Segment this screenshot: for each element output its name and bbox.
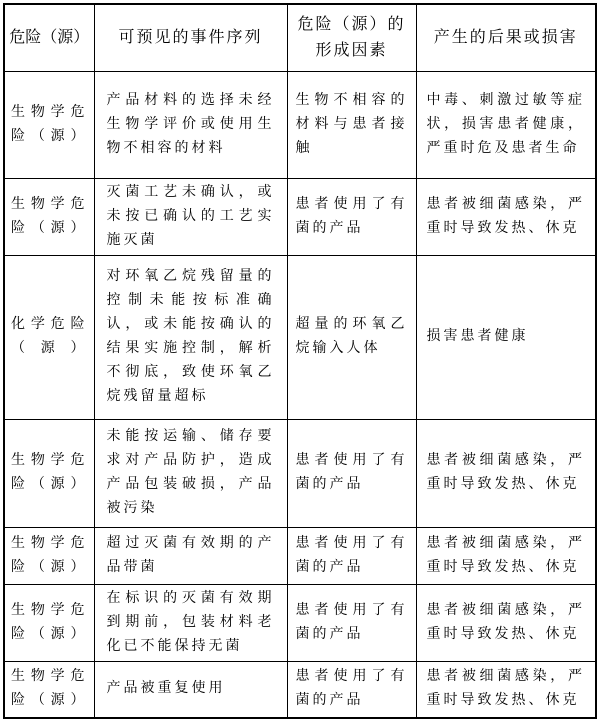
hazard-type-cell: 生物学危险（源） (4, 661, 94, 718)
formation-factor-cell: 患者使用了有菌的产品 (287, 419, 416, 527)
harm-cell: 患者被细菌感染，严重时导致发热、休克 (416, 527, 596, 584)
harm-cell: 患者被细菌感染，严重时导致发热、休克 (416, 178, 596, 255)
formation-factor-cell: 患者使用了有菌的产品 (287, 661, 416, 718)
header-hazard-source: 危险（源） (4, 4, 94, 71)
table-row: 生物学危险（源） 产品材料的选择未经生物学评价或使用生物不相容的材料 生物不相容… (4, 71, 596, 178)
event-sequence-cell: 灭菌工艺未确认，或未按已确认的工艺实施灭菌 (94, 178, 287, 255)
formation-factor-cell: 患者使用了有菌的产品 (287, 584, 416, 661)
formation-factor-cell: 超量的环氧乙烷输入人体 (287, 255, 416, 419)
event-sequence-cell: 未能按运输、储存要求对产品防护，造成产品包装破损，产品被污染 (94, 419, 287, 527)
hazard-type-cell: 生物学危险（源） (4, 71, 94, 178)
hazard-type-cell: 生物学危险（源） (4, 419, 94, 527)
hazard-type-cell: 生物学危险（源） (4, 527, 94, 584)
event-sequence-cell: 产品被重复使用 (94, 661, 287, 718)
table-row: 生物学危险（源） 产品被重复使用 患者使用了有菌的产品 患者被细菌感染，严重时导… (4, 661, 596, 718)
header-consequence-harm: 产生的后果或损害 (416, 4, 596, 71)
formation-factor-cell: 患者使用了有菌的产品 (287, 527, 416, 584)
harm-cell: 损害患者健康 (416, 255, 596, 419)
header-formation-factors: 危险（源）的形成因素 (287, 4, 416, 71)
table-row: 生物学危险（源） 在标识的灭菌有效期到期前，包装材料老化已不能保持无菌 患者使用… (4, 584, 596, 661)
event-sequence-cell: 超过灭菌有效期的产品带菌 (94, 527, 287, 584)
harm-cell: 患者被细菌感染，严重时导致发热、休克 (416, 584, 596, 661)
table-row: 化学危险（源） 对环氧乙烷残留量的控制未能按标准确认，或未能按确认的结果实施控制… (4, 255, 596, 419)
table-row: 生物学危险（源） 灭菌工艺未确认，或未按已确认的工艺实施灭菌 患者使用了有菌的产… (4, 178, 596, 255)
formation-factor-cell: 患者使用了有菌的产品 (287, 178, 416, 255)
hazard-type-cell: 生物学危险（源） (4, 584, 94, 661)
risk-analysis-table: 危险（源） 可预见的事件序列 危险（源）的形成因素 产生的后果或损害 生物学危险… (3, 3, 597, 719)
harm-cell: 患者被细菌感染，严重时导致发热、休克 (416, 661, 596, 718)
hazard-type-cell: 生物学危险（源） (4, 178, 94, 255)
table-row: 生物学危险（源） 超过灭菌有效期的产品带菌 患者使用了有菌的产品 患者被细菌感染… (4, 527, 596, 584)
hazard-type-cell: 化学危险（源） (4, 255, 94, 419)
formation-factor-cell: 生物不相容的材料与患者接触 (287, 71, 416, 178)
table-header-row: 危险（源） 可预见的事件序列 危险（源）的形成因素 产生的后果或损害 (4, 4, 596, 71)
event-sequence-cell: 在标识的灭菌有效期到期前，包装材料老化已不能保持无菌 (94, 584, 287, 661)
header-event-sequence: 可预见的事件序列 (94, 4, 287, 71)
harm-cell: 患者被细菌感染，严重时导致发热、休克 (416, 419, 596, 527)
table-row: 生物学危险（源） 未能按运输、储存要求对产品防护，造成产品包装破损，产品被污染 … (4, 419, 596, 527)
event-sequence-cell: 产品材料的选择未经生物学评价或使用生物不相容的材料 (94, 71, 287, 178)
event-sequence-cell: 对环氧乙烷残留量的控制未能按标准确认，或未能按确认的结果实施控制，解析不彻底，致… (94, 255, 287, 419)
harm-cell: 中毒、刺激过敏等症状，损害患者健康，严重时危及患者生命 (416, 71, 596, 178)
document-page: 危险（源） 可预见的事件序列 危险（源）的形成因素 产生的后果或损害 生物学危险… (0, 0, 598, 719)
